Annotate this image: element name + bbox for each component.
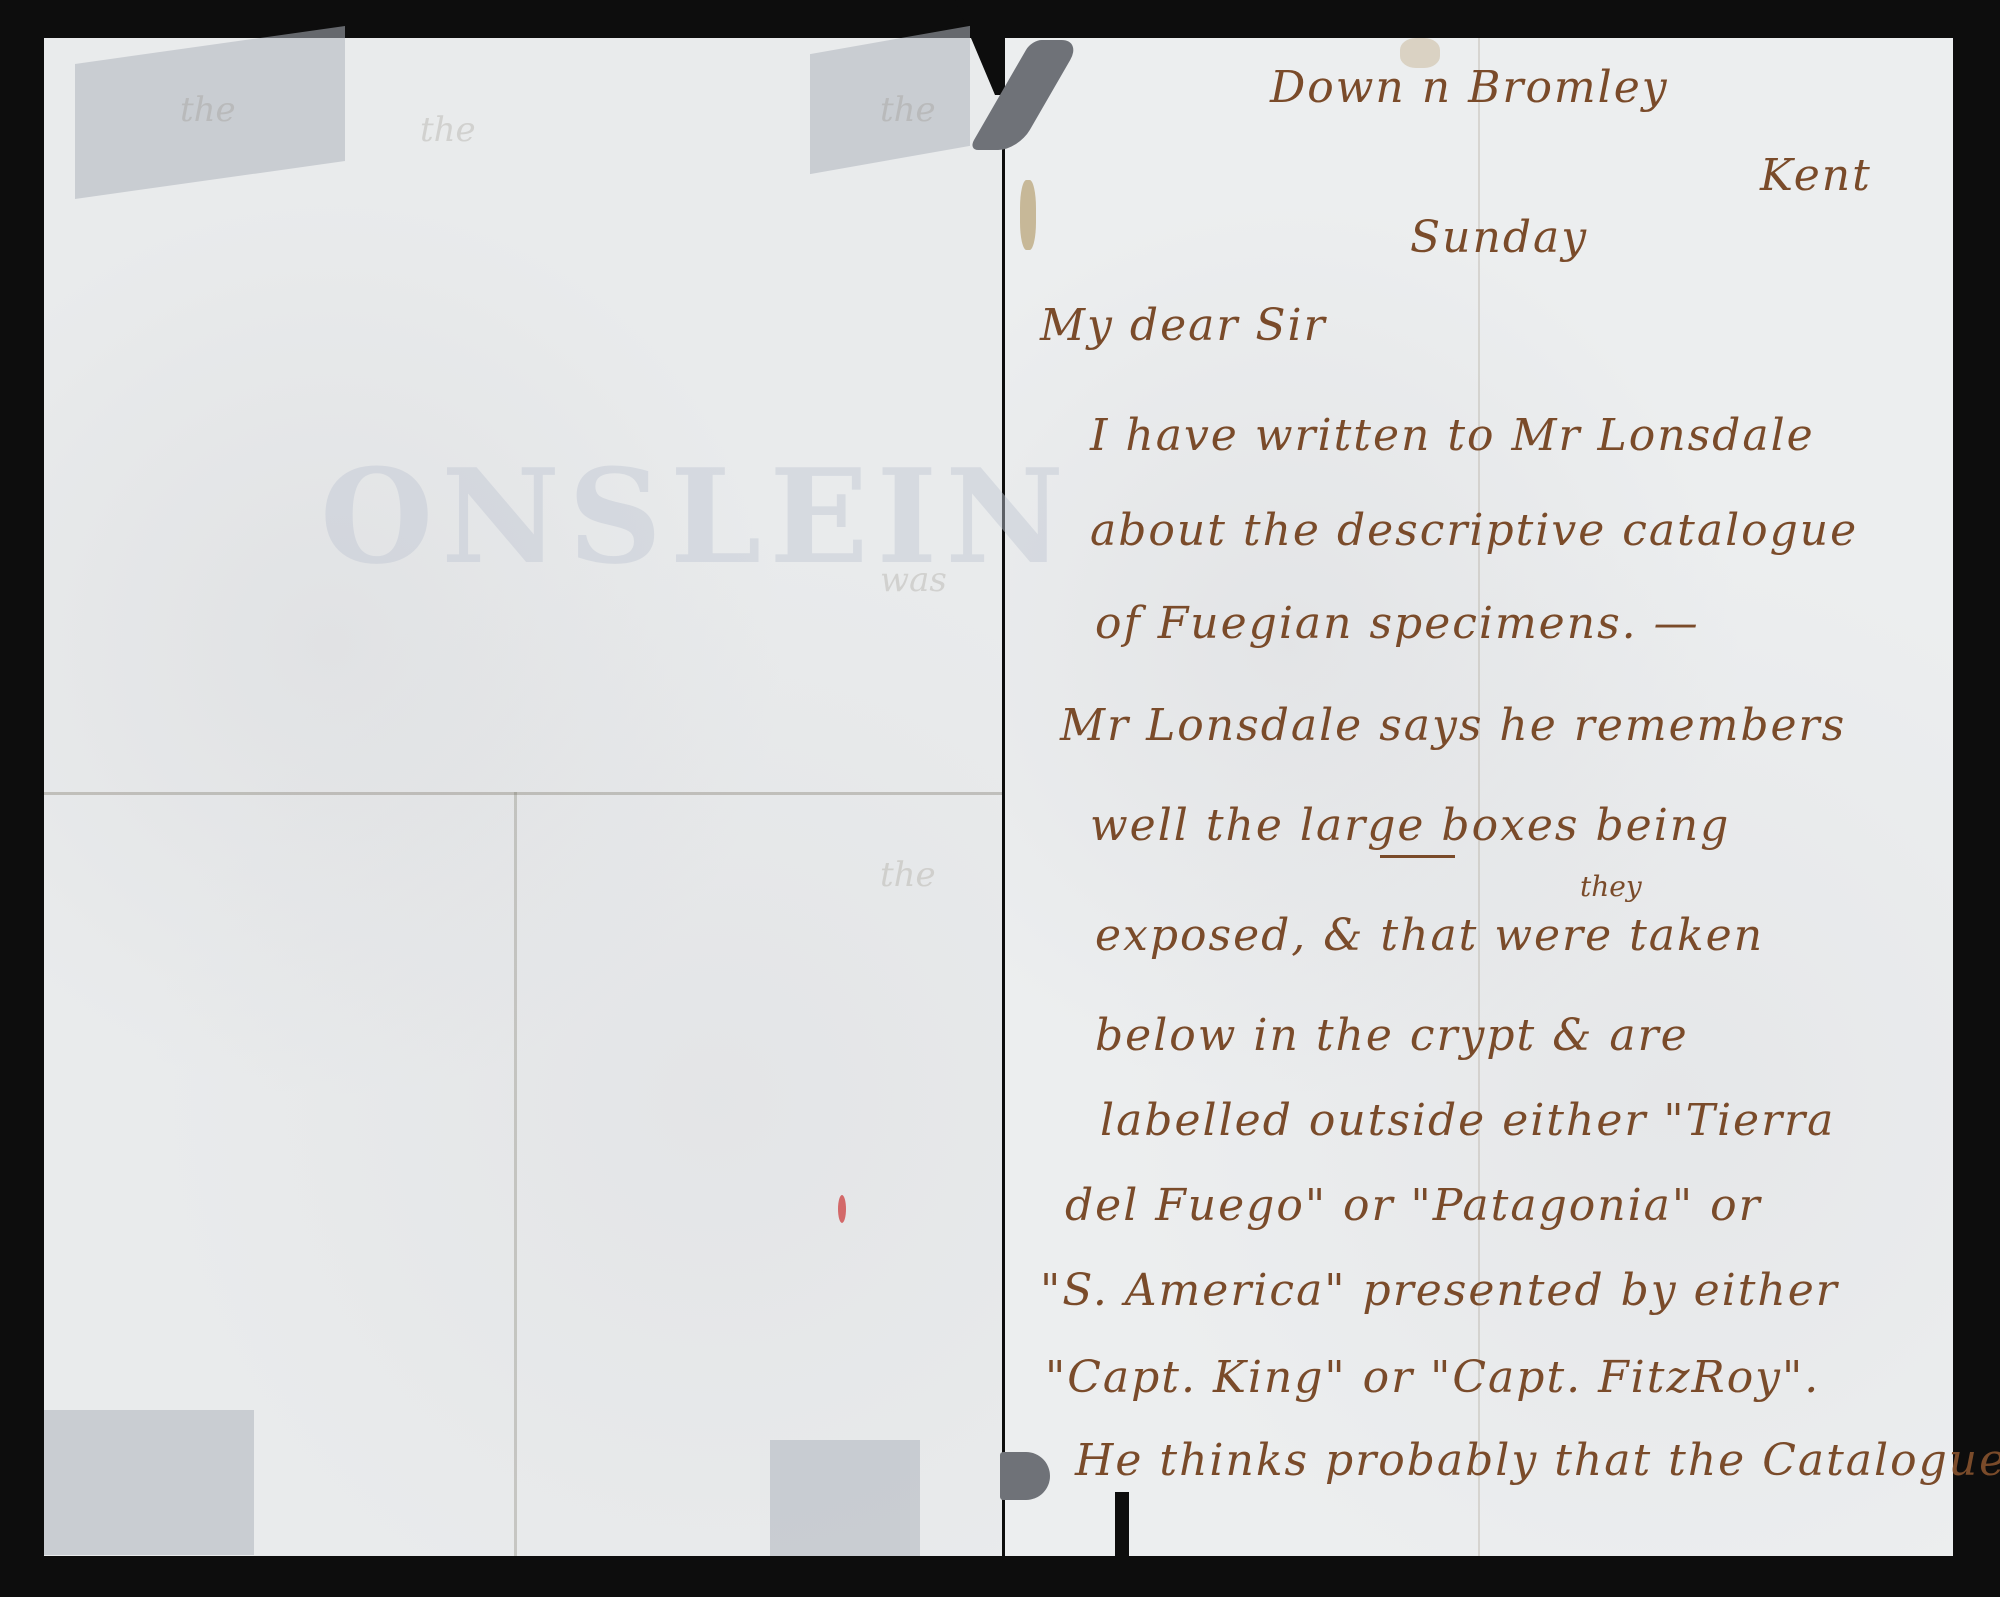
bleed-through-text: was: [880, 560, 947, 600]
salutation: My dear Sir: [1040, 300, 1327, 351]
body-line: of Fuegian specimens. —: [1095, 598, 1700, 649]
body-line: exposed, & that were taken: [1095, 910, 1764, 961]
red-mark: [838, 1195, 846, 1223]
watermark: ONSLEIN: [320, 440, 1072, 593]
left-page-verso: [44, 38, 1002, 1556]
bleed-through-text: the: [420, 110, 476, 150]
tape-remnant-bottom-left: [44, 1410, 254, 1555]
tape-remnant-bottom-right: [770, 1440, 920, 1556]
body-line: del Fuego" or "Patagonia" or: [1065, 1180, 1762, 1231]
body-line: labelled outside either "Tierra: [1100, 1095, 1835, 1146]
body-line: about the descriptive catalogue: [1090, 505, 1858, 556]
body-line: I have written to Mr Lonsdale: [1090, 410, 1815, 461]
body-line: Mr Lonsdale says he remembers: [1060, 700, 1846, 751]
bleed-through-text: the: [880, 855, 936, 895]
ink-stain: [1020, 180, 1036, 250]
vertical-fold-left: [514, 792, 517, 1556]
underline-large: [1380, 855, 1455, 858]
address-line-2: Kent: [1760, 150, 1872, 201]
bleed-through-text: the: [880, 90, 936, 130]
vertical-fold-right: [1478, 38, 1480, 1556]
body-line: "Capt. King" or "Capt. FitzRoy".: [1045, 1352, 1820, 1403]
body-line: below in the crypt & are: [1095, 1010, 1689, 1061]
day-line: Sunday: [1410, 212, 1588, 263]
bleed-through-text: the: [180, 90, 236, 130]
body-line: He thinks probably that the Catalogue: [1075, 1435, 2000, 1486]
insertion-they: they: [1580, 870, 1642, 903]
address-line-1: Down n Bromley: [1270, 62, 1669, 113]
hinge-tape-bottom: [1000, 1452, 1050, 1500]
body-line: "S. America" presented by either: [1040, 1265, 1839, 1316]
bottom-tear: [1115, 1492, 1129, 1556]
body-line: well the large boxes being: [1090, 800, 1730, 851]
horizontal-fold: [44, 792, 1002, 795]
